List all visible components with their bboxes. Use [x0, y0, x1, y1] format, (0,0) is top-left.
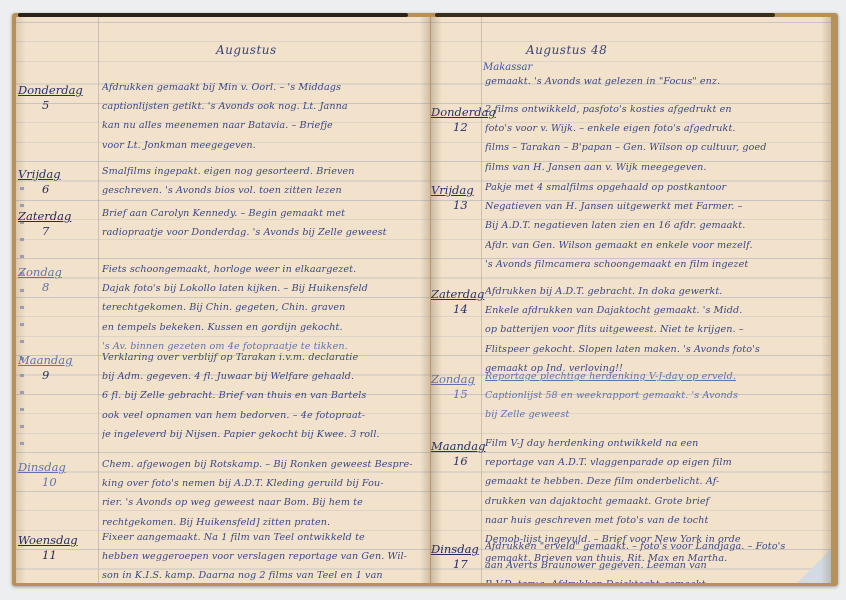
entry-line: gemaakt te hebben. Deze film onderbelich… [485, 472, 819, 491]
entry-text: Smalfilms ingepakt. eigen nog gesorteerd… [102, 162, 420, 200]
entry-text: Verklaring over verblijf op Tarakan i.v.… [102, 348, 420, 444]
entry-line: 2 films ontwikkeld, pasfoto's kosties af… [485, 100, 819, 119]
day-number: 16 [431, 454, 483, 468]
day-name: Woensdag [18, 533, 98, 547]
day-number: 7 [18, 224, 98, 238]
day-name: Zaterdag [431, 287, 483, 301]
day-name: Vrijdag [18, 167, 98, 181]
continuation-text: gemaakt. 's Avonds wat gelezen in "Focus… [485, 72, 819, 91]
entry-date: Vrijdag 13 [431, 183, 483, 212]
entry-line: bij Adm. gegeven. 4 fl. Juwaar bij Welfa… [102, 367, 420, 386]
entry-line: ook veel opnamen van hem bedorven. – 4e … [102, 406, 420, 425]
page-month-header: Augustus [216, 43, 277, 57]
day-number: 15 [431, 387, 483, 401]
entry-date: Zaterdag 14 [431, 287, 483, 316]
day-name: Zondag [18, 265, 98, 279]
entry-date: Maandag 16 [431, 439, 483, 468]
entry-line: captionlijsten getikt. 's Avonds ook nog… [102, 97, 420, 116]
entry-line: Pakje met 4 smalfilms opgehaald op postk… [485, 178, 819, 197]
day-name: Vrijdag [431, 183, 483, 197]
day-name: Dinsdag [431, 542, 483, 556]
entry-line: je ingeleverd bij Nijsen. Papier gekocht… [102, 425, 420, 444]
entry-line: Bij A.D.T. negatieven laten zien en 16 a… [485, 216, 819, 235]
day-name: Zondag [431, 372, 483, 386]
entry-line: drukken van dajaktocht gemaakt. Grote br… [485, 492, 819, 511]
entry-line: voor Lt. Jonkman meegegeven. [102, 136, 420, 155]
entry-line: Enkele afdrukken van Dajaktocht gemaakt.… [485, 301, 819, 320]
entry-text: 2 films ontwikkeld, pasfoto's kosties af… [485, 100, 819, 177]
entry-line: son in K.I.S. kamp. Daarna nog 2 films v… [102, 566, 420, 583]
entry-line: gemaakt. 's Avonds wat gelezen in "Focus… [485, 72, 819, 91]
margin-line [98, 17, 99, 583]
entry-line: bij Zelle geweest [485, 405, 819, 424]
day-number: 6 [18, 182, 98, 196]
page-month-header: Augustus 48 [526, 43, 607, 57]
entry-line: R.V.D. terug. Afdrukken Dajaktocht gemaa… [485, 575, 819, 583]
entry-text: Fiets schoongemaakt, horloge weer in elk… [102, 260, 420, 356]
entry-line: Chem. afgewogen bij Rotskamp. – Bij Ronk… [102, 455, 420, 474]
entry-text: Reportage plechtige herdenking V-J-day o… [485, 367, 819, 425]
day-name: Maandag [18, 353, 98, 367]
entry-line: Dajak foto's bij Lokollo laten kijken. –… [102, 279, 420, 298]
day-number: 17 [431, 557, 483, 571]
entry-date: Vrijdag 6 [18, 167, 98, 196]
entry-date: Maandag 9 [18, 353, 98, 382]
entry-date: Dinsdag 17 [431, 542, 483, 571]
day-name: Maandag [431, 439, 483, 453]
entry-line: rier. 's Avonds op weg geweest naar Bom.… [102, 493, 420, 512]
day-name: Zaterdag [18, 209, 98, 223]
entry-line: reportage van A.D.T. vlaggenparade op ei… [485, 453, 819, 472]
entry-line: Negatieven van H. Jansen uitgewerkt met … [485, 197, 819, 216]
entry-text: Afdrukken bij A.D.T. gebracht. In doka g… [485, 282, 819, 378]
entry-line: Brief aan Carolyn Kennedy. – Begin gemaa… [102, 204, 420, 223]
entry-line: Film V-J day herdenking ontwikkeld na ee… [485, 434, 819, 453]
day-number: 9 [18, 368, 98, 382]
entry-line: Reportage plechtige herdenking V-J-day o… [485, 367, 819, 386]
entry-line: Afdrukken bij A.D.T. gebracht. In doka g… [485, 282, 819, 301]
entry-text: Brief aan Carolyn Kennedy. – Begin gemaa… [102, 204, 420, 242]
right-page: Augustus 48 Makassar gemaakt. 's Avonds … [431, 17, 831, 583]
day-number: 11 [18, 548, 98, 562]
day-number: 8 [18, 280, 98, 294]
entry-line: films van H. Jansen aan v. Wijk meegegev… [485, 158, 819, 177]
entry-line: king over foto's nemen bij A.D.T. Kledin… [102, 474, 420, 493]
entry-line: Fixeer aangemaakt. Na 1 film van Teel on… [102, 528, 420, 547]
entry-line: Afdrukken "erveld" gemaakt. – foto's voo… [485, 537, 819, 556]
entry-line: films – Tarakan – B'papan – Gen. Wilson … [485, 138, 819, 157]
entry-line: aan Averts Braunower gegeven. Leeman van [485, 556, 819, 575]
entry-text: Afdrukken "erveld" gemaakt. – foto's voo… [485, 537, 819, 583]
entry-line: naar huis geschreven met foto's van de t… [485, 511, 819, 530]
entry-line: Flitspeer gekocht. Slopen laten maken. '… [485, 340, 819, 359]
entry-date: Woensdag 11 [18, 533, 98, 562]
entry-date: Dinsdag 10 [18, 460, 98, 489]
left-page: Augustus Donderdag 5 Afdrukken gemaakt b… [16, 17, 431, 583]
day-name: Dinsdag [18, 460, 98, 474]
day-number: 5 [18, 98, 98, 112]
entry-line: en tempels bekeken. Kussen en gordijn ge… [102, 318, 420, 337]
entry-line: foto's voor v. Wijk. – enkele eigen foto… [485, 119, 819, 138]
entry-line: Smalfilms ingepakt. eigen nog gesorteerd… [102, 162, 420, 181]
entry-line: 's Avonds filmcamera schoongemaakt en fi… [485, 255, 819, 274]
entry-date: Donderdag 12 [431, 105, 483, 134]
entry-line: geschreven. 's Avonds bios vol. toen zit… [102, 181, 420, 200]
entry-date: Donderdag 5 [18, 83, 98, 112]
entry-line: radiopraatje voor Donderdag. 's Avonds b… [102, 223, 420, 242]
entry-date: Zaterdag 7 [18, 209, 98, 238]
entry-date: Zondag 15 [431, 372, 483, 401]
entry-line: Verklaring over verblijf op Tarakan i.v.… [102, 348, 420, 367]
day-number: 12 [431, 120, 483, 134]
entry-line: Afdrukken gemaakt bij Min v. Oorl. – 's … [102, 78, 420, 97]
day-number: 14 [431, 302, 483, 316]
entry-line: op batterijen voor flits uitgeweest. Nie… [485, 320, 819, 339]
entry-line: kan nu alles meenemen naar Batavia. – Br… [102, 116, 420, 135]
entry-line: Fiets schoongemaakt, horloge weer in elk… [102, 260, 420, 279]
entry-text: Pakje met 4 smalfilms opgehaald op postk… [485, 178, 819, 274]
entry-line: terechtgekomen. Bij Chin. gegeten, Chin.… [102, 298, 420, 317]
page-corner-fold [797, 549, 831, 583]
day-number: 10 [18, 475, 98, 489]
entry-text: Afdrukken gemaakt bij Min v. Oorl. – 's … [102, 78, 420, 155]
entry-line: Afdr. van Gen. Wilson gemaakt en enkele … [485, 236, 819, 255]
entry-text: Chem. afgewogen bij Rotskamp. – Bij Ronk… [102, 455, 420, 532]
entry-text: Fixeer aangemaakt. Na 1 film van Teel on… [102, 528, 420, 583]
day-number: 13 [431, 198, 483, 212]
day-name: Donderdag [18, 83, 98, 97]
entry-date: Zondag 8 [18, 265, 98, 294]
entry-line: 6 fl. bij Zelle gebracht. Brief van thui… [102, 386, 420, 405]
day-name: Donderdag [431, 105, 483, 119]
entry-line: hebben weggeroepen voor verslagen report… [102, 547, 420, 566]
entry-line: Captionlijst 58 en weekrapport gemaakt. … [485, 386, 819, 405]
